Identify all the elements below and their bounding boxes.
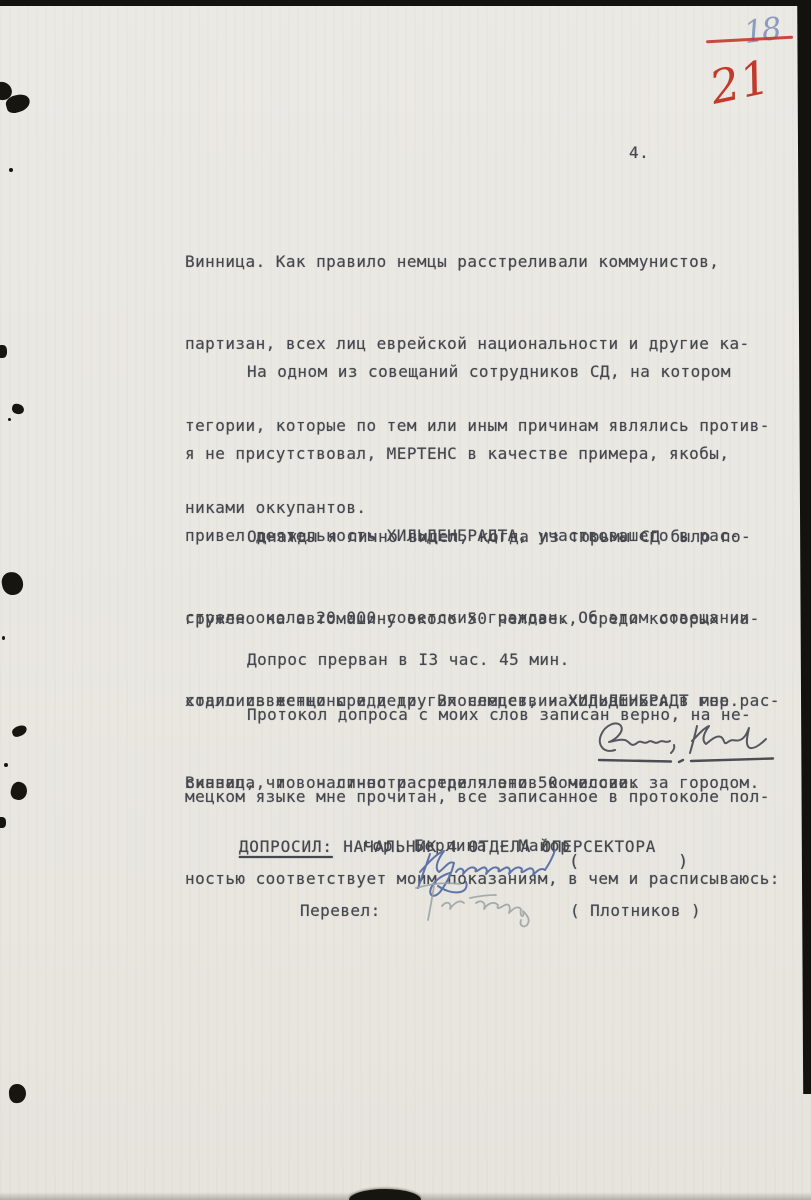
signature-translator [408, 876, 553, 928]
interrogator-label: ДОПРОСИЛ: [239, 837, 333, 856]
page-number: 4. [629, 139, 649, 166]
signature-deponent [595, 716, 780, 764]
signature-paren-open: ( [569, 849, 580, 876]
translator-name: ( Плотников ) [570, 897, 701, 924]
scanned-document-page: { "page_label": "4.", "corner_annotation… [0, 0, 811, 1200]
signature-paren-close: ) [678, 849, 689, 876]
crossed-out-page-number: 18 [742, 11, 782, 51]
ink-speck [9, 168, 13, 172]
scan-border-top [0, 0, 811, 6]
ink-speck [2, 636, 5, 640]
text-line: Винница. Как правило немцы расстреливали… [185, 248, 790, 275]
ink-speck [0, 817, 6, 828]
ink-speck [4, 763, 8, 767]
text-line: На одном из совещаний сотрудников СД, на… [185, 358, 790, 385]
text-line: Однажды я лично видел, когда из тюрьмы С… [185, 523, 790, 550]
text-line: я не присутствовал, МЕРТЕНС в качестве п… [185, 440, 790, 467]
translator-label: Перевел: [300, 897, 381, 924]
ink-speck [8, 418, 11, 421]
ink-speck [0, 345, 7, 358]
